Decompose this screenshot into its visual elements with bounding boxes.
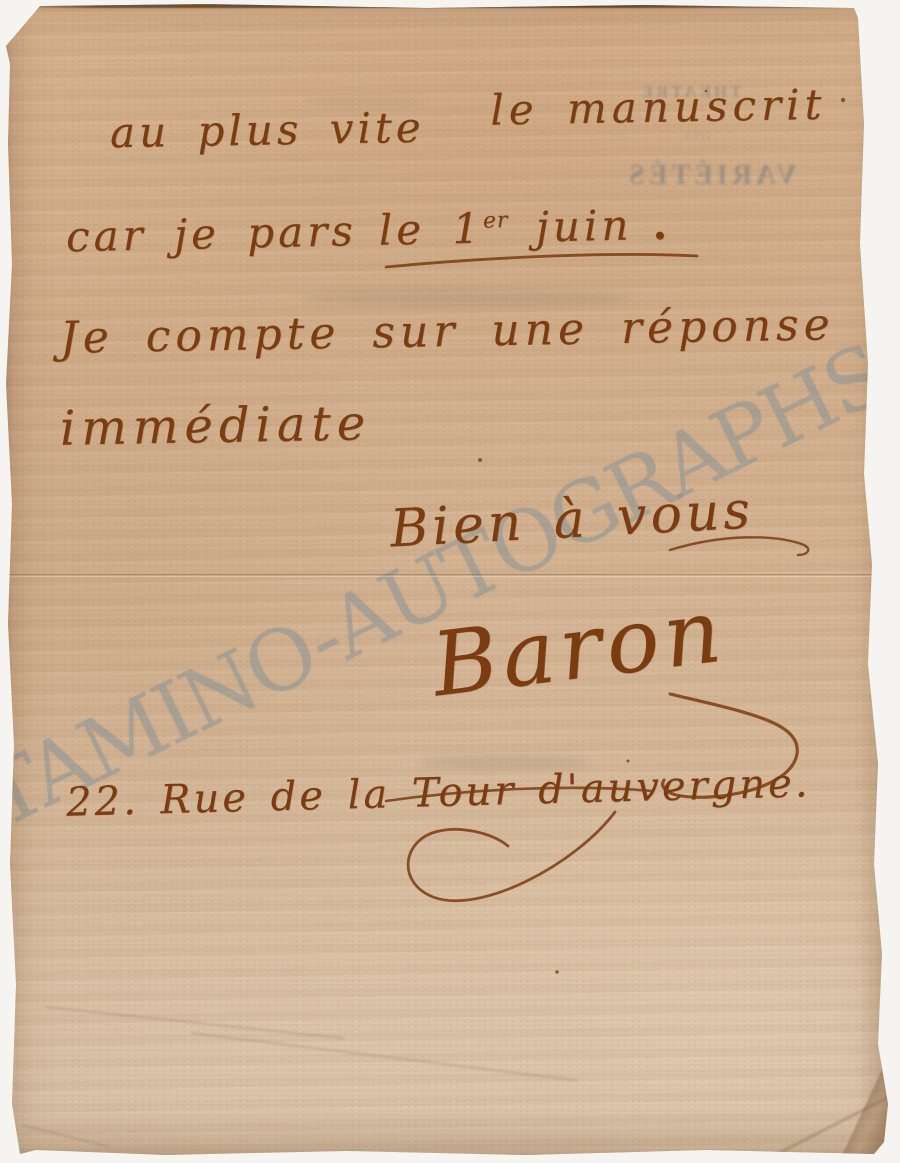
line2-prefix: car je pars — [66, 206, 358, 261]
handwritten-line-4: immédiate — [60, 395, 372, 456]
handwritten-line-3: Je compte sur une réponse — [60, 299, 835, 364]
line2-date-number: le 1 — [378, 204, 483, 255]
ink-speck — [627, 760, 630, 763]
letter-page: TAMINO-AUTOGRAPHS THEATRE DES VARIÉTÉS a… — [6, 4, 892, 1156]
handwritten-line-1: au plus vitele manuscrit — [110, 96, 827, 158]
horizontal-fold-crease — [6, 574, 892, 578]
ink-speck — [555, 970, 559, 974]
line2-date-month: juin — [508, 200, 633, 252]
paper-top-edge-shadow — [28, 4, 858, 8]
line2-period: . — [652, 200, 672, 249]
address-loop-stroke — [408, 812, 615, 901]
ink-speck — [841, 98, 845, 102]
scanned-letter: TAMINO-AUTOGRAPHS THEATRE DES VARIÉTÉS a… — [0, 0, 900, 1163]
bottom-right-corner-fold — [840, 1064, 892, 1156]
paper-crease — [22, 1124, 110, 1148]
ink-speck — [478, 458, 482, 462]
handwritten-line-2: car je parsle 1er juin. — [66, 200, 672, 262]
bleedthrough-varietes-text: VARIÉTÉS — [606, 160, 816, 192]
line1-first-phrase: au plus vite — [110, 103, 425, 157]
date-underline-stroke — [386, 254, 697, 267]
address-line: 22. Rue de la Tour d'auvergne. — [66, 760, 812, 825]
line2-date-underlined: le 1er juin — [378, 200, 633, 254]
paper-crease — [191, 1032, 578, 1082]
line1-second-phrase: le manuscrit — [490, 80, 827, 135]
line2-date-superscript: er — [483, 208, 509, 234]
closing-salutation: Bien à vous — [389, 481, 756, 560]
